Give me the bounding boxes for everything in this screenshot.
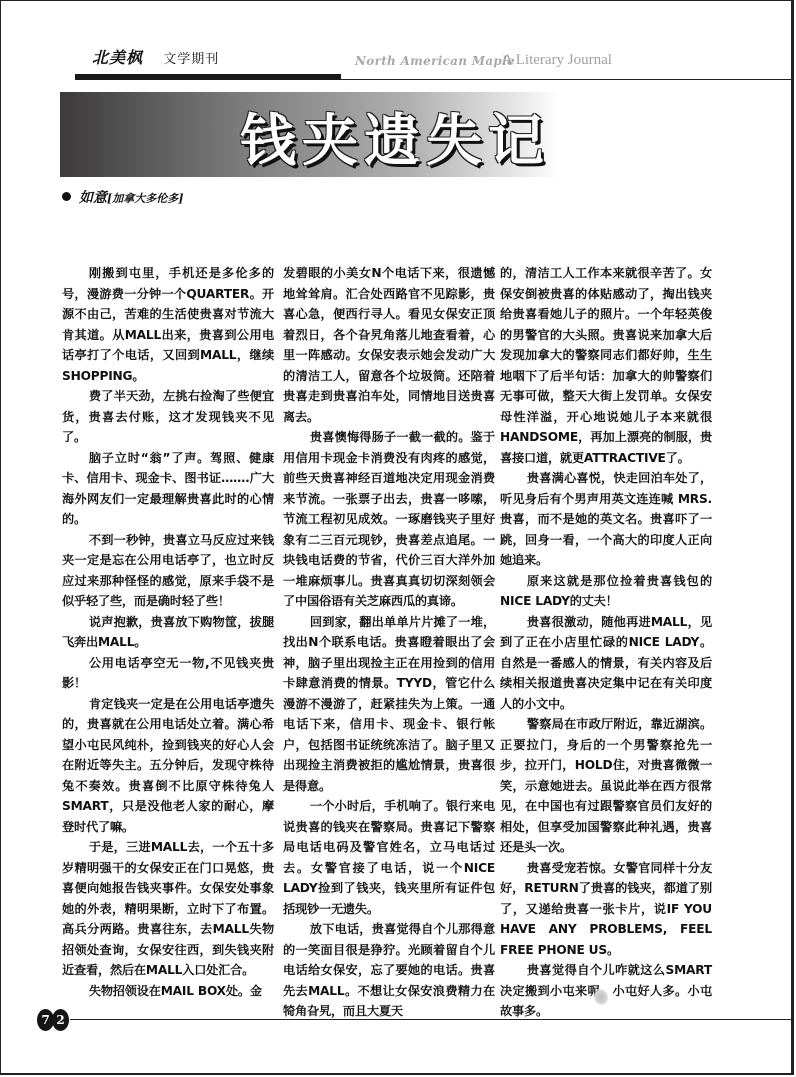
header-rule-thick bbox=[75, 74, 341, 80]
paragraph: 放下电话，贵喜觉得自个儿那得意的一笑面目很是狰狞。光顾着留自个儿电话给女保安，忘… bbox=[283, 919, 495, 1022]
paragraph: 的，清洁工人工作本来就很辛苦了。女保安倒被贵喜的体贴感动了，掏出钱夹给贵喜看她儿… bbox=[500, 263, 712, 468]
text-column-1: 刚搬到屯里，手机还是多伦多的号，漫游费一分钟一个QUARTER。开源不由己，苦难… bbox=[62, 263, 274, 1001]
journal-brand-cn: 北美枫 bbox=[92, 48, 143, 67]
paragraph: 于是，三进MALL去，一个五十多岁精明强干的女保安正在门口晃悠，贵喜便向她报告钱… bbox=[62, 837, 274, 981]
article-title: 钱夹遗失记 bbox=[240, 97, 550, 177]
page-number: 7 2 bbox=[37, 1009, 67, 1031]
paragraph: 回到家，翻出单单片片摊了一堆，找出N个联系电话。贵喜瞪着眼出了会神，脑子里出现捡… bbox=[283, 612, 495, 797]
paragraph: 肯定钱夹一定是在公用电话亭遗失的，贵喜就在公用电话处立着。满心希望小屯民风纯朴，… bbox=[62, 694, 274, 838]
author-byline: 如意[加拿大多伦多] bbox=[62, 187, 183, 207]
paragraph: 贵喜满心喜悦，快走回泊车处了，听见身后有个男声用英文连连喊 MRS.贵喜，而不是… bbox=[500, 468, 712, 571]
journal-subtitle-cn: 文学期刊 bbox=[163, 52, 219, 67]
text-column-3: 的，清洁工人工作本来就很辛苦了。女保安倒被贵喜的体贴感动了，掏出钱夹给贵喜看她儿… bbox=[500, 263, 712, 1022]
paragraph: 一个小时后，手机响了。银行来电说贵喜的钱夹在警察局。贵喜记下警察局电话电码及警官… bbox=[283, 796, 495, 919]
paragraph: 贵喜受宠若惊。女警官同样十分友好，RETURN了贵喜的钱夹，都道了别了，又递给贵… bbox=[500, 858, 712, 961]
author-location: [加拿大多伦多] bbox=[107, 192, 183, 205]
paragraph: 贵喜懊悔得肠子一截一截的。鉴于用信用卡现金卡消费没有肉疼的感觉，前些天贵喜神经百… bbox=[283, 427, 495, 612]
paragraph: 刚搬到屯里，手机还是多伦多的号，漫游费一分钟一个QUARTER。开源不由己，苦难… bbox=[62, 263, 274, 386]
bullet-icon bbox=[62, 192, 71, 201]
paragraph: 发碧眼的小美女N个电话下来，很遗憾地耸耸肩。汇合处西路官不见踪影，贵喜心急，便西… bbox=[283, 263, 495, 427]
header-rule-thin bbox=[341, 79, 791, 80]
paragraph: 失物招领设在MAIL BOX处。金 bbox=[62, 981, 274, 1002]
journal-brand-en: North American Maple bbox=[355, 54, 515, 68]
paragraph: 公用电话亭空无一物,不见钱夹贵影！ bbox=[62, 653, 274, 694]
paragraph: 贵喜很激动，随他再进MALL，见到了正在小店里忙碌的NICE LADY。自然是一… bbox=[500, 612, 712, 715]
paragraph: 费了半天劲，左挑右捡淘了些便宜货，贵喜去付账，这才发现钱夹不见了。 bbox=[62, 386, 274, 448]
paragraph: 脑子立时“翁”了声。驾照、健康卡、信用卡、现金卡、图书证…….广大海外网友们一定… bbox=[62, 448, 274, 530]
page-digit: 2 bbox=[52, 1009, 69, 1031]
text-column-2: 发碧眼的小美女N个电话下来，很遗憾地耸耸肩。汇合处西路官不见踪影，贵喜心急，便西… bbox=[283, 263, 495, 1022]
paragraph: 原来这就是那位捡着贵喜钱包的NICE LADY的丈夫！ bbox=[500, 571, 712, 612]
paragraph: 警察局在市政厅附近，靠近湖滨。正要拉门，身后的一个男警察抢先一步，拉开门，HOL… bbox=[500, 714, 712, 858]
author-name: 如意 bbox=[79, 190, 107, 206]
journal-header-cn: 北美枫 文学期刊 bbox=[92, 45, 219, 68]
journal-subtitle-en: A Literary Journal bbox=[502, 52, 612, 69]
footer-rule bbox=[70, 1019, 791, 1020]
paragraph: 不到一秒钟，贵喜立马反应过来钱夹一定是忘在公用电话亭了，也立时反应过来那种怪怪的… bbox=[62, 530, 274, 612]
paragraph: 说声抱歉，贵喜放下购物筐，拔腿飞奔出MALL。 bbox=[62, 612, 274, 653]
